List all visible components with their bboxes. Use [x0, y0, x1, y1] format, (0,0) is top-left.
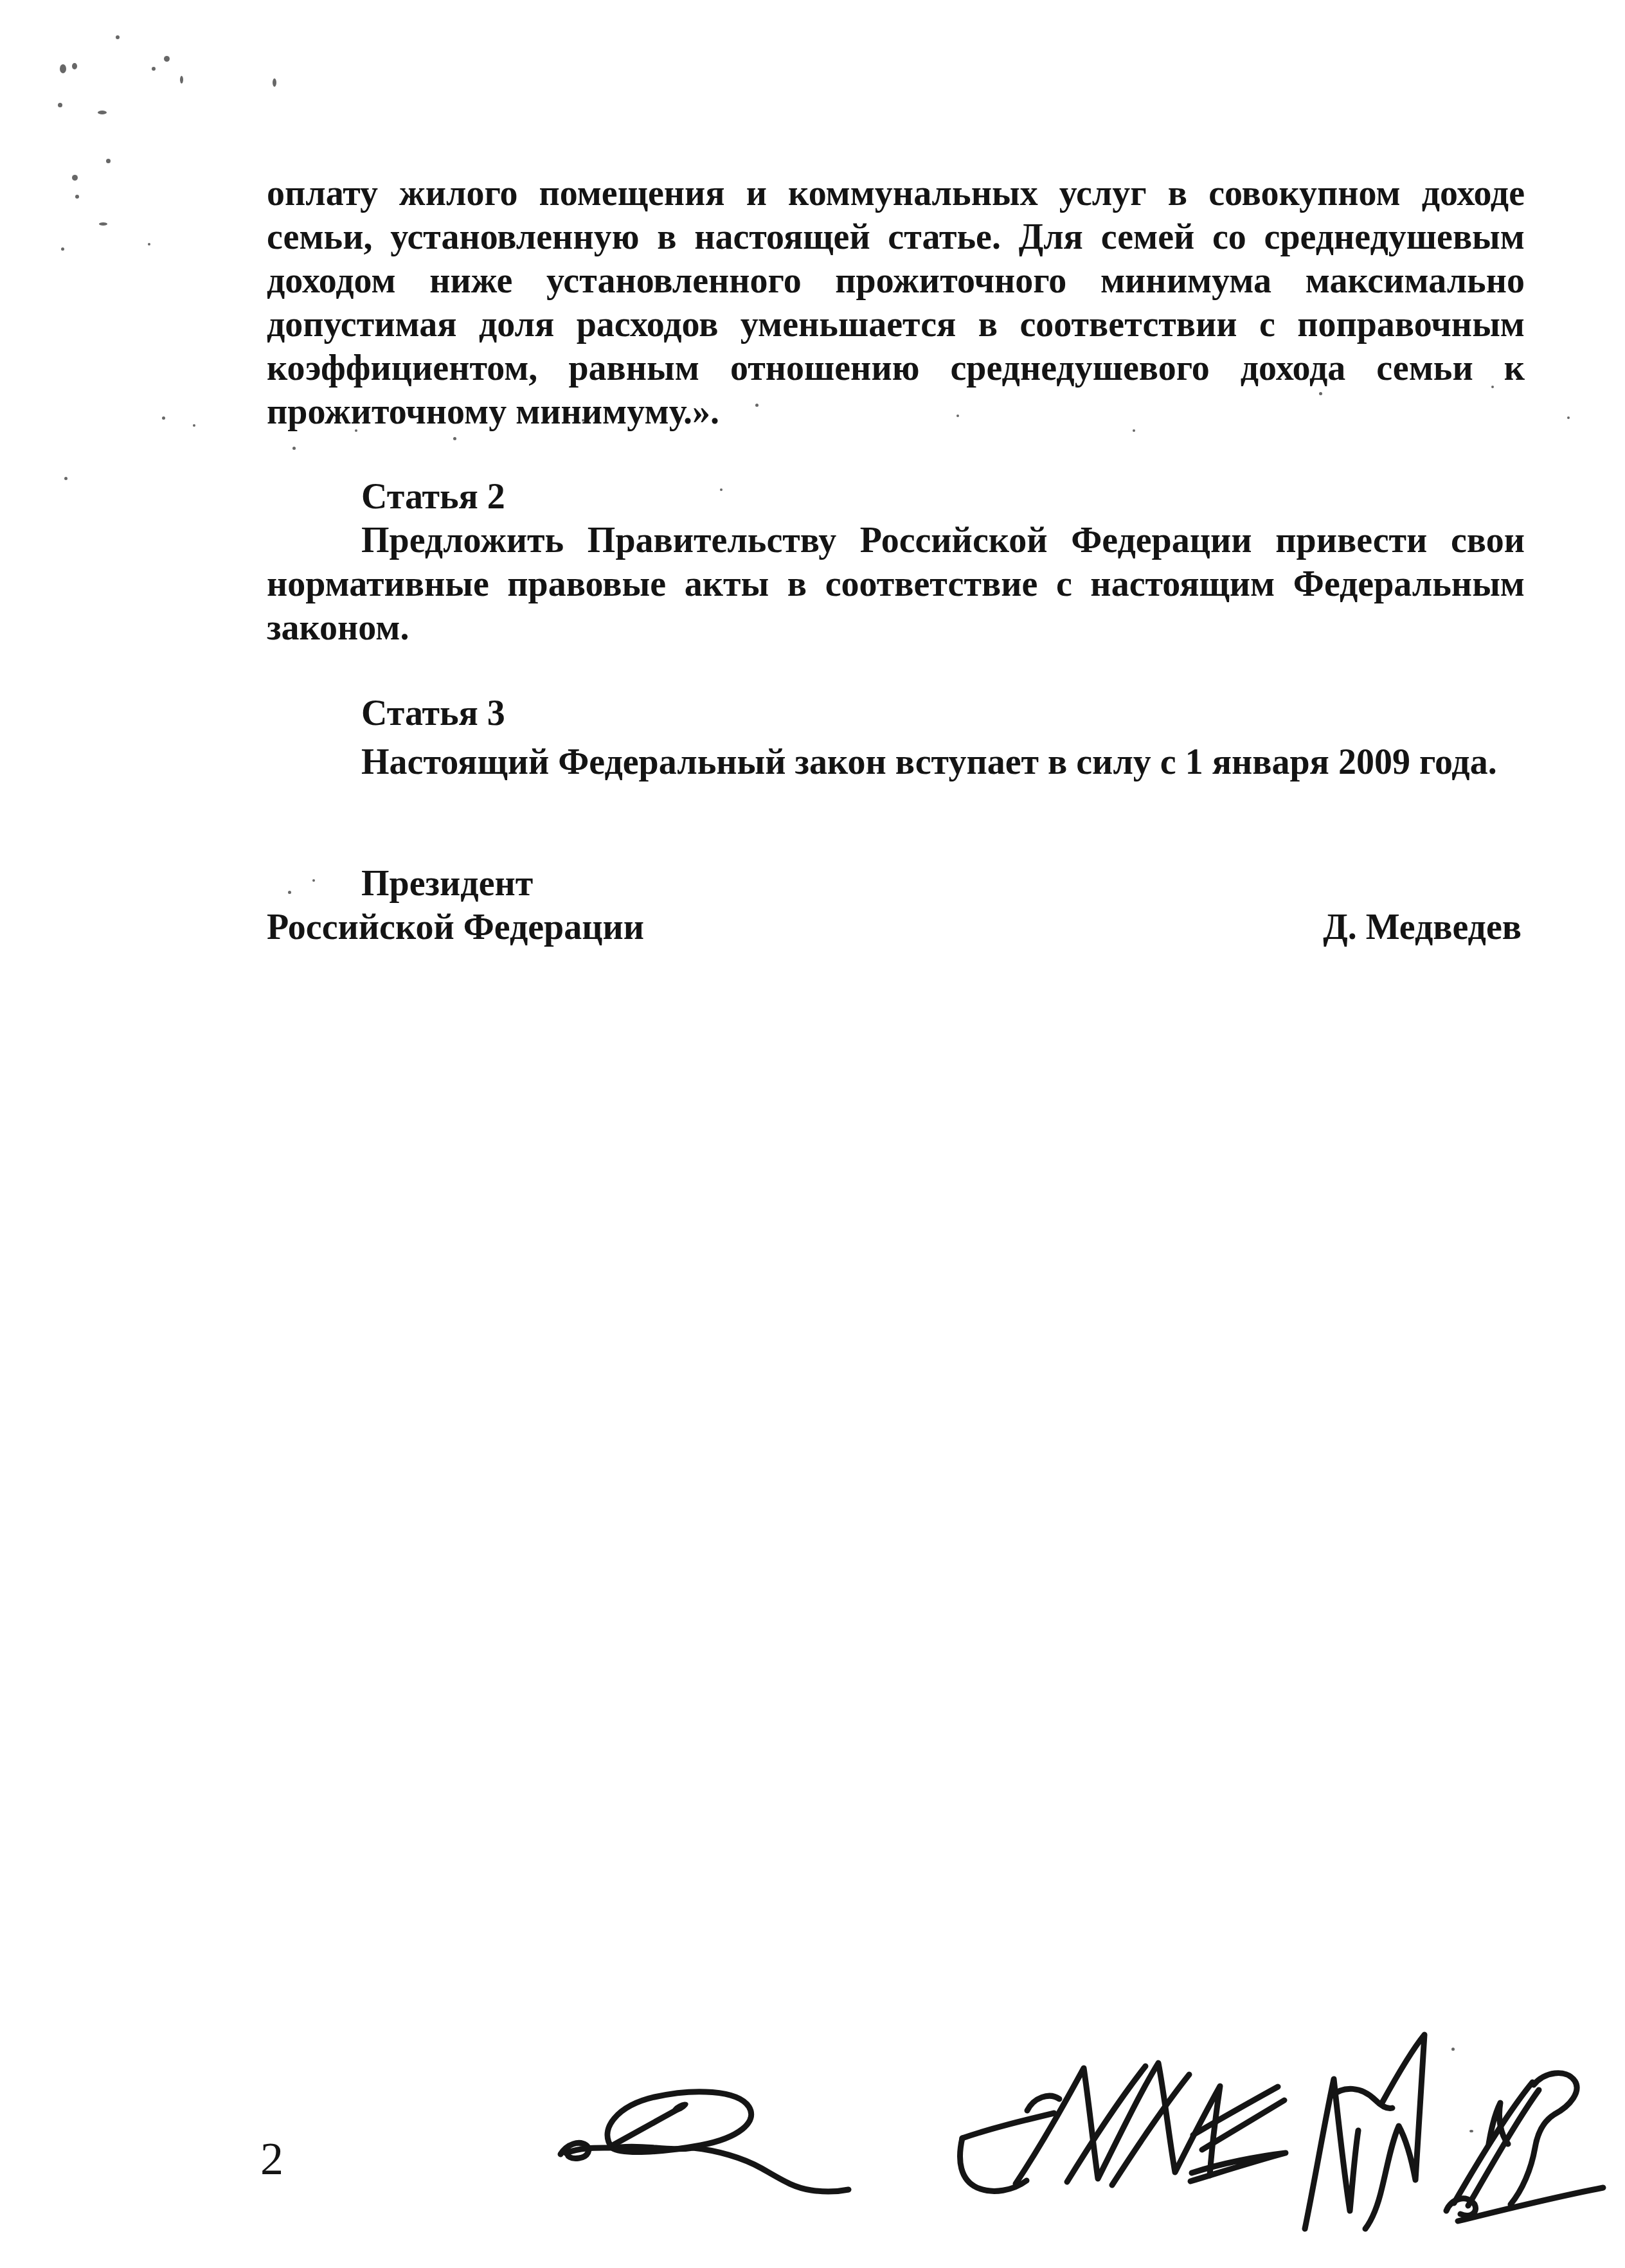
- scan-speck: [72, 175, 78, 181]
- text-line: нормативные правовые акты в соответствие…: [267, 562, 1525, 606]
- article-2-paragraph: Предложить Правительству Российской Феде…: [267, 519, 1525, 650]
- scan-speck: [152, 67, 156, 71]
- page-number: 2: [260, 2136, 283, 2182]
- signature-main-scribble: [960, 2063, 1286, 2191]
- signatory-name: Д. Медведев: [1323, 906, 1522, 949]
- article-3-paragraph: Настоящий Федеральный закон вступает в с…: [267, 740, 1525, 784]
- scan-speck: [60, 64, 66, 73]
- text-line: прожиточному минимуму.».: [267, 390, 1525, 434]
- scan-speck: [292, 447, 296, 450]
- text-line: коэффициентом, равным отношению среднеду…: [267, 346, 1525, 390]
- text-line: законом.: [267, 606, 1525, 650]
- text-line: семьи, установленную в настоящей статье.…: [267, 215, 1525, 259]
- scan-speck: [75, 195, 79, 199]
- text-line: допустимая доля расходов уменьшается в с…: [267, 303, 1525, 346]
- text-line: Предложить Правительству Российской Феде…: [267, 519, 1525, 562]
- scan-speck: [64, 477, 67, 480]
- scan-speck: [1567, 416, 1570, 419]
- text-line: доходом ниже установленного прожиточного…: [267, 259, 1525, 303]
- scan-speck: [162, 416, 165, 420]
- signatory-title-line-2: Российской Федерации: [267, 906, 644, 949]
- article-2-heading: Статья 2: [361, 475, 505, 519]
- scan-speck: [61, 247, 64, 251]
- scan-speck: [148, 243, 150, 246]
- text-line: Настоящий Федеральный закон вступает в с…: [267, 740, 1525, 784]
- signature-initials-right: [1446, 2073, 1603, 2221]
- scan-speck: [193, 424, 195, 427]
- scan-speck: [1451, 2048, 1455, 2051]
- scan-speck: [164, 56, 170, 62]
- scan-speck: [58, 103, 62, 107]
- scan-speck: [273, 78, 276, 87]
- scan-speck: [98, 111, 107, 114]
- signature-flourish-loop: [561, 2092, 848, 2192]
- scan-speck: [72, 63, 77, 69]
- signatory-title-line-1: Президент: [361, 862, 1522, 906]
- scan-speck: [720, 488, 723, 491]
- signature-block: Президент Российской Федерации Д. Медвед…: [267, 862, 1522, 949]
- paragraph-continuation: оплату жилого помещения и коммунальных у…: [267, 172, 1525, 434]
- scanned-page: оплату жилого помещения и коммунальных у…: [0, 0, 1625, 2268]
- scan-speck: [116, 35, 120, 39]
- scan-speck: [180, 76, 183, 84]
- signature-initials-left: [1305, 2035, 1424, 2229]
- article-3-heading: Статья 3: [361, 692, 505, 735]
- scan-speck: [99, 222, 107, 226]
- text-line: оплату жилого помещения и коммунальных у…: [267, 172, 1525, 215]
- scan-speck: [1469, 2130, 1473, 2132]
- scan-speck: [106, 159, 111, 163]
- scan-speck: [453, 437, 456, 440]
